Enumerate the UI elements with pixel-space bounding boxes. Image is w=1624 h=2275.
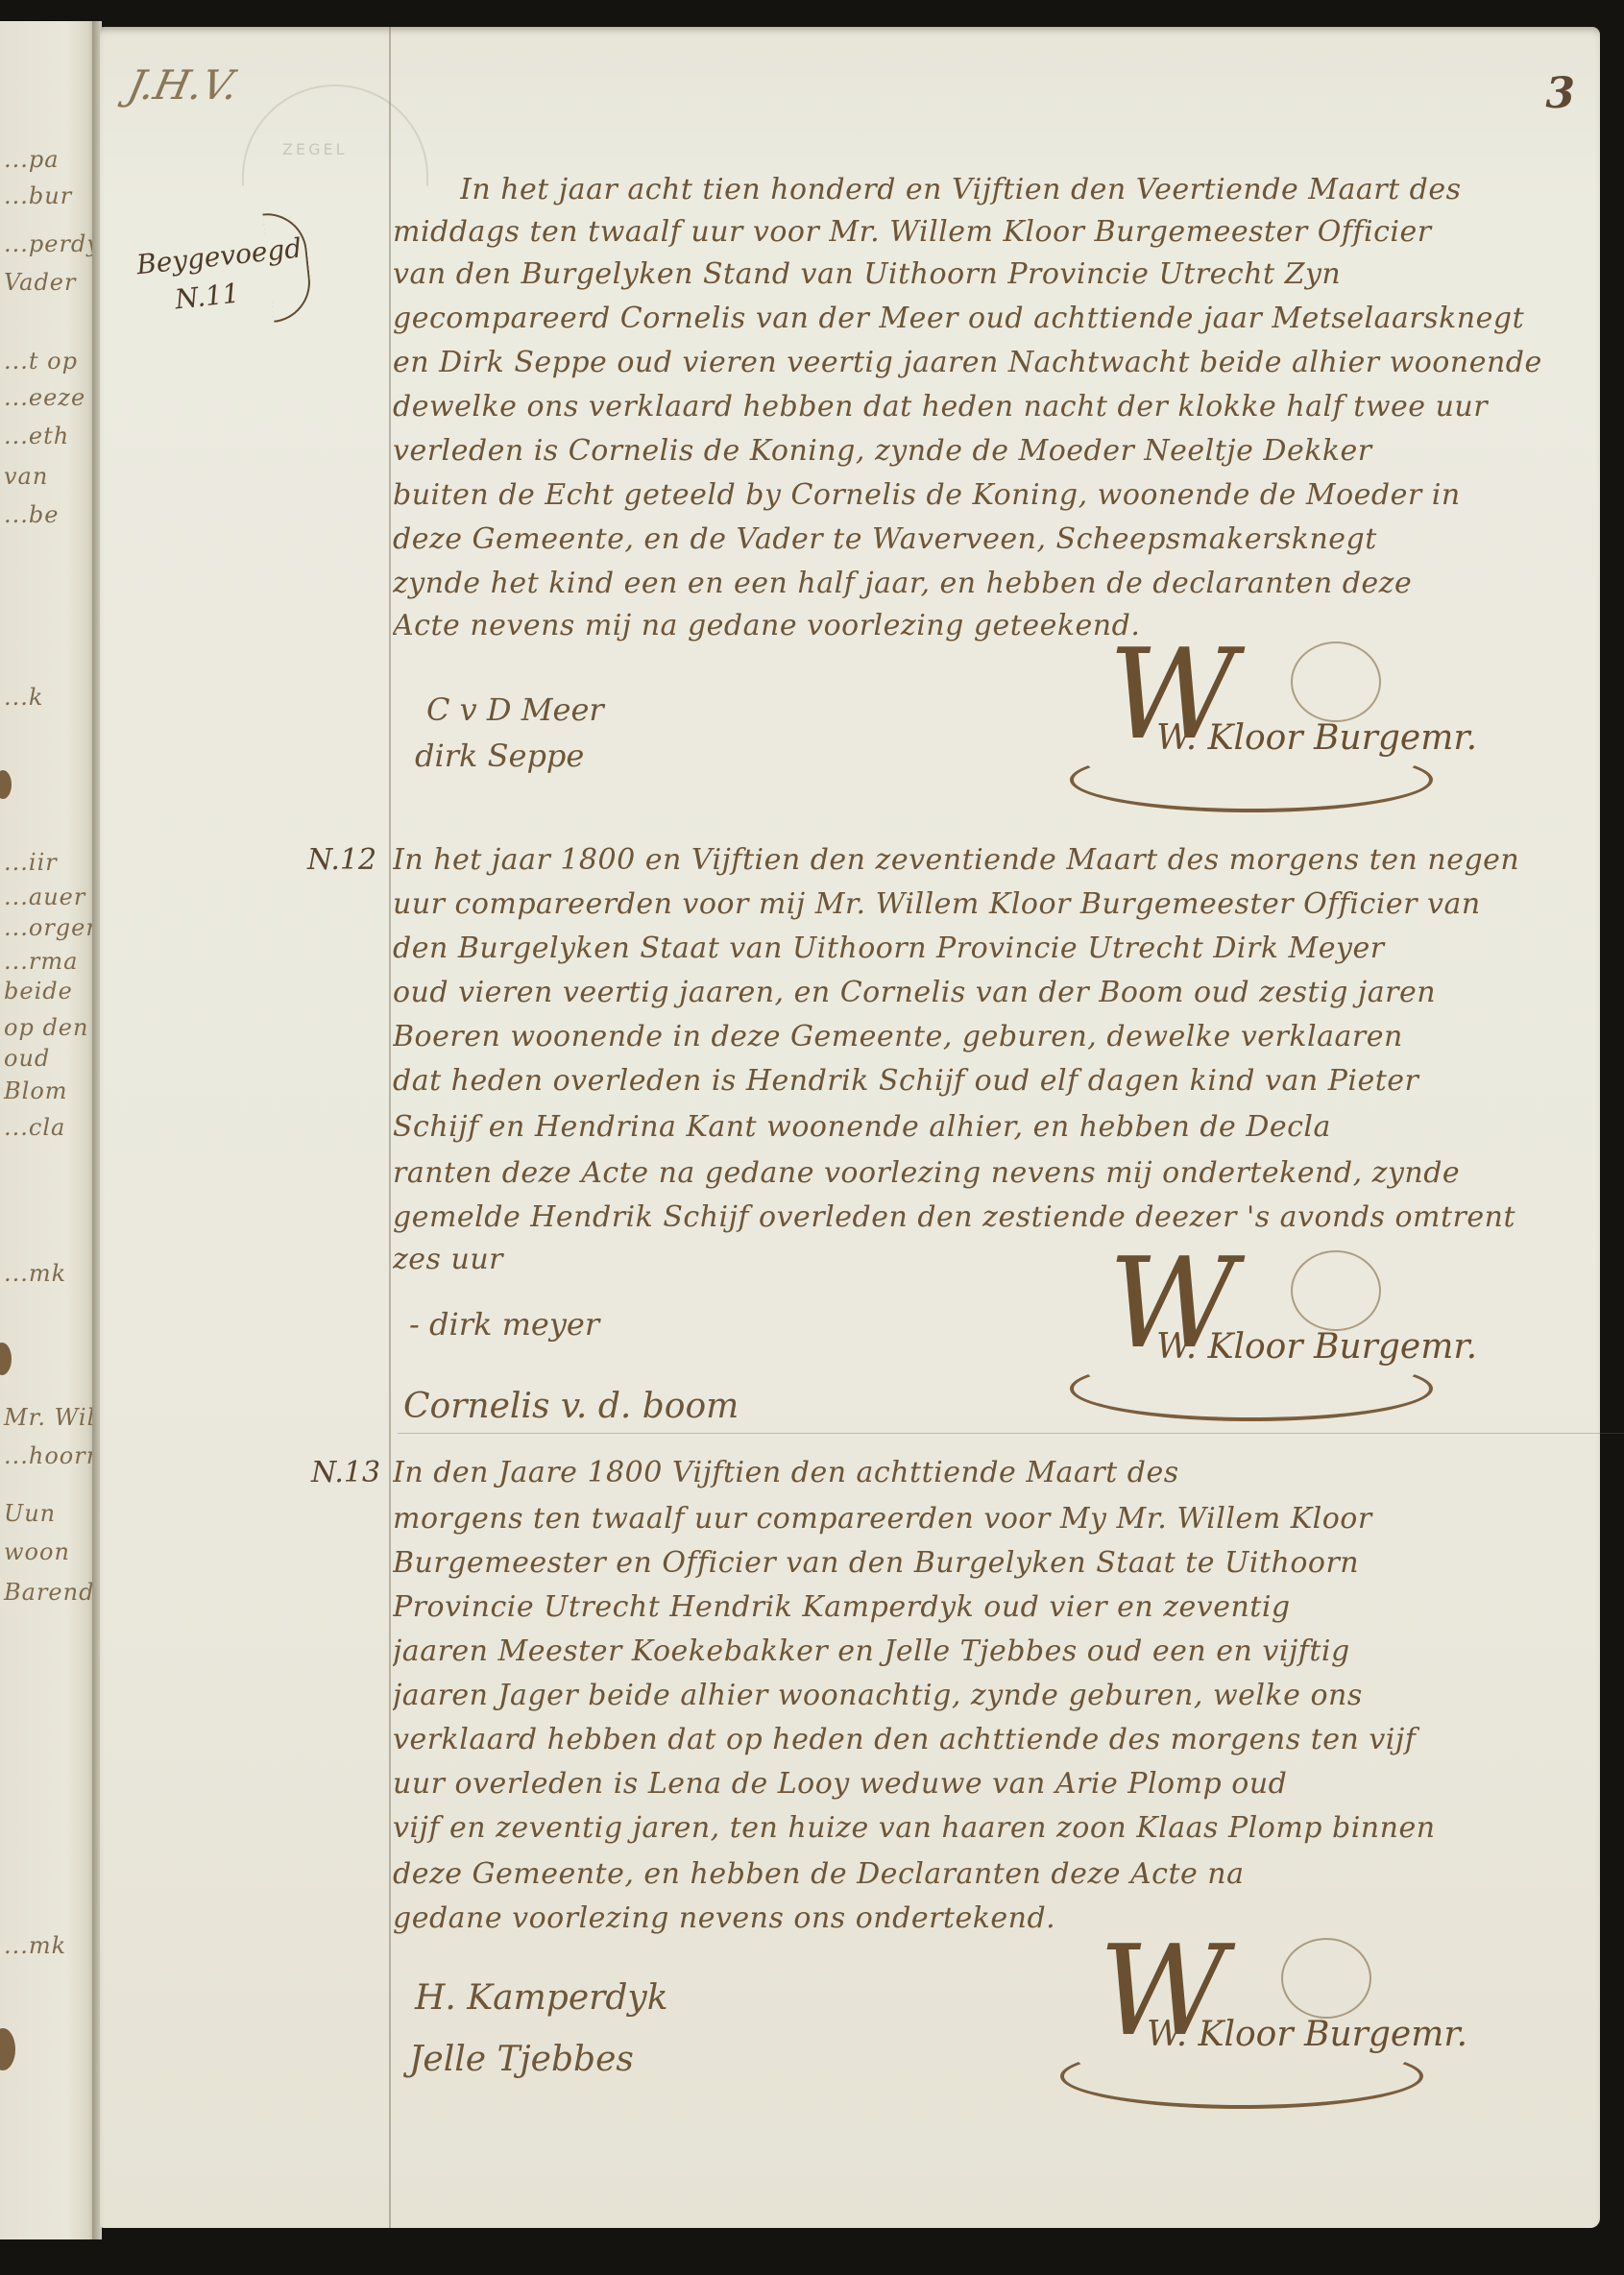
entry-line: dat heden overleden is Hendrik Schijf ou…: [393, 1064, 1584, 1098]
entry-line: den Burgelyken Staat van Uithoorn Provin…: [393, 932, 1584, 965]
left-fragment: ...iir: [4, 849, 58, 876]
left-fragment: Blom: [4, 1077, 68, 1104]
left-fragment: van: [4, 463, 48, 490]
page-number: 3: [1545, 69, 1575, 118]
witness-signature: C v D Meer: [426, 691, 604, 728]
flourish-loop: [1281, 1938, 1371, 2019]
register-page: J.H.V. 3 ZEGEL Beygevoegd N.11 In het ja…: [100, 27, 1600, 2228]
left-fragment: ...cla: [4, 1114, 65, 1141]
entry-line: jaaren Jager beide alhier woonachtig, zy…: [393, 1679, 1584, 1712]
left-fragment: woon: [4, 1538, 70, 1565]
entry-line: vijf en zeventig jaren, ten huize van ha…: [393, 1811, 1584, 1845]
facing-page-fragment: ...pa ...bur ...perdyk Vader ...t op ...…: [0, 21, 96, 2239]
left-fragment: ...eeze: [4, 384, 85, 411]
left-fragment: ...auer: [4, 883, 85, 910]
entry-line: morgens ten twaalf uur compareerden voor…: [393, 1502, 1584, 1536]
left-fragment: ...bur: [4, 182, 72, 209]
signature-flourish: [1070, 1356, 1433, 1421]
entry-line: buiten de Echt geteeld by Cornelis de Ko…: [393, 478, 1584, 512]
folio-mark: J.H.V.: [124, 61, 243, 109]
left-fragment: ...hoorn: [4, 1442, 96, 1469]
witness-signature: - dirk meyer: [409, 1306, 599, 1343]
left-fragment: ...mk: [4, 1260, 66, 1287]
divider-line: [398, 1433, 1624, 1434]
entry-line: van den Burgelyken Stand van Uithoorn Pr…: [393, 257, 1584, 291]
entry-line: In het jaar 1800 en Vijftien den zeventi…: [393, 843, 1584, 877]
ink-blot: [0, 2028, 15, 2070]
entry-line: Boeren woonende in deze Gemeente, gebure…: [393, 1020, 1584, 1053]
left-fragment: op den: [4, 1014, 88, 1041]
left-fragment: ...pa: [4, 146, 60, 173]
left-fragment: ...eth: [4, 423, 69, 449]
entry-line: gecompareerd Cornelis van der Meer oud a…: [393, 302, 1584, 335]
entry-line: deze Gemeente, en de Vader te Waverveen,…: [393, 522, 1584, 556]
left-fragment: oud: [4, 1045, 50, 1072]
left-fragment: ...orger: [4, 914, 96, 941]
left-fragment: Uun: [4, 1500, 56, 1527]
witness-signature: Jelle Tjebbes: [409, 2040, 634, 2079]
margin-rule: [389, 27, 391, 2228]
entry-line: uur compareerden voor mij Mr. Willem Klo…: [393, 887, 1584, 921]
flourish-loop: [1291, 641, 1381, 722]
entry-line: dewelke ons verklaard hebben dat heden n…: [393, 390, 1584, 424]
left-fragment: ...k: [4, 684, 43, 711]
entry-line: verklaard hebben dat op heden den achtti…: [393, 1723, 1584, 1756]
entry-line: middags ten twaalf uur voor Mr. Willem K…: [393, 215, 1584, 249]
entry-line: oud vieren veertig jaaren, en Cornelis v…: [393, 976, 1584, 1009]
flourish-loop: [1291, 1250, 1381, 1331]
entry-line: Burgemeester en Officier van den Burgely…: [393, 1546, 1584, 1580]
left-fragment: ...be: [4, 501, 59, 528]
left-fragment: ...rma: [4, 948, 78, 975]
ink-blot: [0, 1343, 12, 1375]
witness-signature: dirk Seppe: [415, 738, 584, 774]
entry-line: en Dirk Seppe oud vieren veertig jaaren …: [393, 346, 1584, 379]
left-fragment: ...t op: [4, 348, 78, 375]
mayor-signature: W W. Kloor Burgemr.: [1060, 1928, 1425, 2111]
left-fragment: beide: [4, 978, 73, 1004]
entry-line: In den Jaare 1800 Vijftien den achttiend…: [393, 1456, 1584, 1489]
witness-signature: H. Kamperdyk: [415, 1978, 668, 2018]
entry-line: ranten deze Acte na gedane voorlezing ne…: [393, 1156, 1584, 1190]
entry-line: In het jaar acht tien honderd en Vijftie…: [460, 173, 1624, 206]
left-fragment: ...perdyk: [4, 230, 96, 257]
entry-line: uur overleden is Lena de Looy weduwe van…: [393, 1767, 1584, 1801]
left-fragment: Vader: [4, 269, 76, 296]
entry-line: zynde het kind een en een half jaar, en …: [393, 567, 1584, 600]
left-fragment: Barends: [4, 1579, 96, 1606]
signature-flourish: [1060, 2044, 1423, 2109]
entry-line: deze Gemeente, en hebben de Declaranten …: [393, 1857, 1584, 1891]
ink-blot: [0, 770, 12, 799]
left-fragment: Mr. Wil: [4, 1404, 95, 1431]
entry-line: Provincie Utrecht Hendrik Kamperdyk oud …: [393, 1590, 1584, 1624]
left-fragment: ...mk: [4, 1932, 66, 1959]
entry-number: N.12: [307, 843, 376, 877]
entry-line: jaaren Meester Koekebakker en Jelle Tjeb…: [393, 1634, 1584, 1668]
margin-annotation: Beygevoegd N.11: [134, 230, 295, 323]
entry-number: N.13: [311, 1456, 380, 1489]
entry-line: verleden is Cornelis de Koning, zynde de…: [393, 434, 1584, 468]
stamp-text: ZEGEL: [282, 140, 348, 158]
witness-signature: Cornelis v. d. boom: [403, 1387, 739, 1426]
signature-flourish: [1070, 747, 1433, 812]
mayor-signature: W W. Kloor Burgemr.: [1070, 632, 1435, 814]
entry-line: Schijf en Hendrina Kant woonende alhier,…: [393, 1110, 1584, 1144]
entry-line: gemelde Hendrik Schijf overleden den zes…: [393, 1200, 1584, 1234]
mayor-signature: W W. Kloor Burgemr.: [1070, 1241, 1435, 1423]
